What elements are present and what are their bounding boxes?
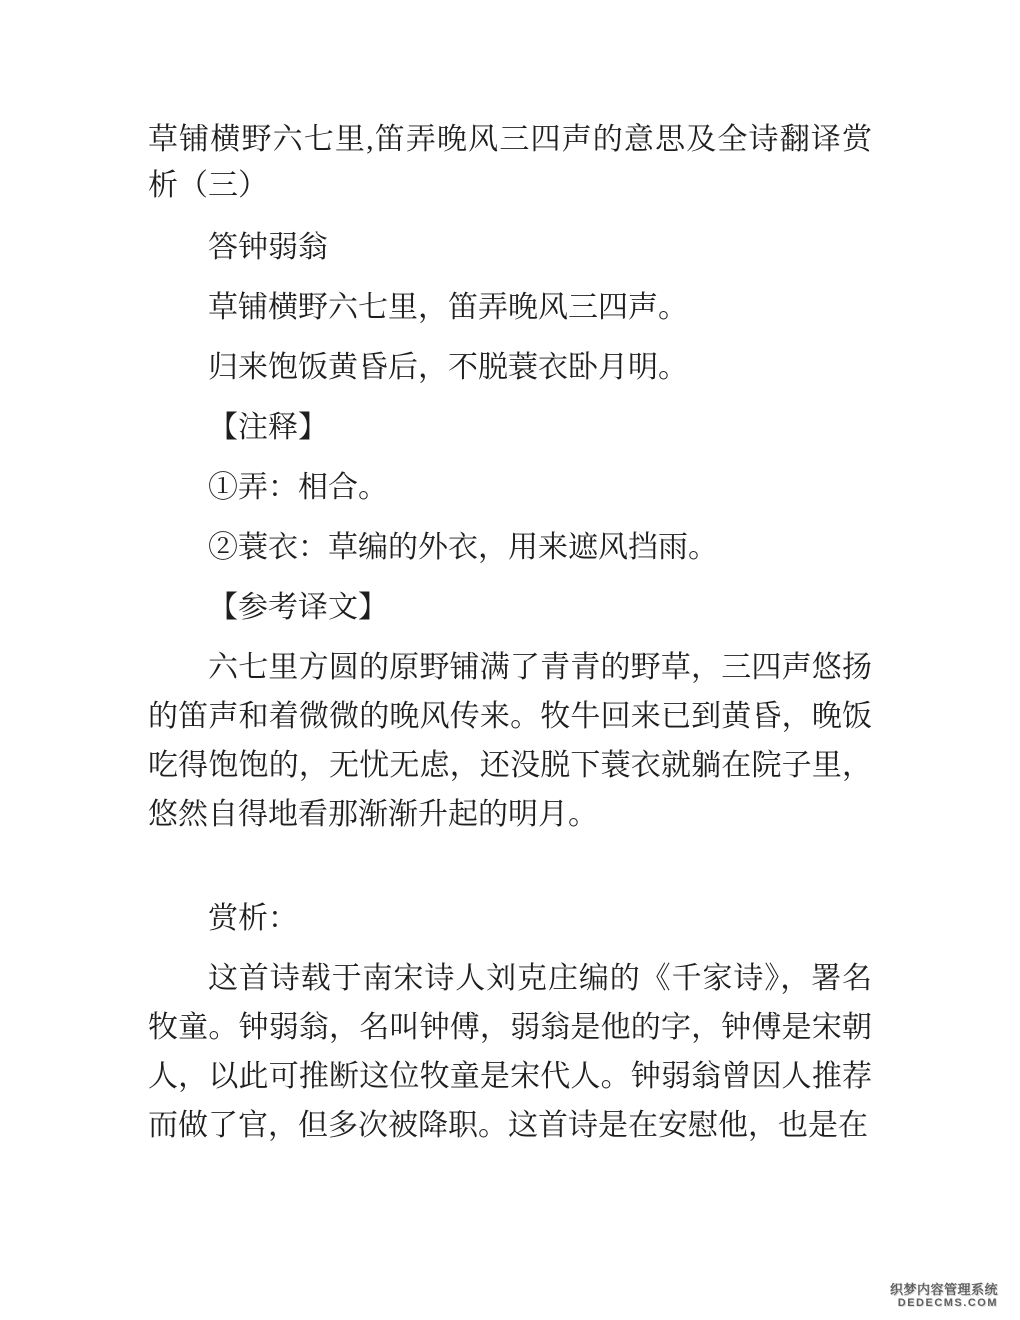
poem-line-2: 归来饱饭黄昏后，不脱蓑衣卧月明。 [148,343,872,392]
article-body: 草铺横野六七里,笛弄晚风三四声的意思及全诗翻译赏析（三） 答钟弱翁 草铺横野六七… [148,117,872,1161]
poem-heading: 答钟弱翁 [148,223,872,272]
note-item-1: ①弄：相合。 [148,463,872,512]
watermark-domain-text: DEDECMS.COM [890,1297,998,1310]
document-page: 草铺横野六七里,笛弄晚风三四声的意思及全诗翻译赏析（三） 答钟弱翁 草铺横野六七… [0,0,1020,1320]
translation-section-label: 【参考译文】 [148,583,872,632]
analysis-paragraph: 这首诗载于南宋诗人刘克庄编的《千家诗》，署名牧童。钟弱翁，名叫钟傅，弱翁是他的字… [148,954,872,1150]
note-item-2: ②蓑衣：草编的外衣，用来遮风挡雨。 [148,523,872,572]
watermark-chinese-text: 织梦内容管理系统 [890,1282,998,1297]
cms-watermark: 织梦内容管理系统 DEDECMS.COM [890,1282,998,1310]
notes-section-label: 【注释】 [148,403,872,452]
article-title: 草铺横野六七里,笛弄晚风三四声的意思及全诗翻译赏析（三） [148,117,872,209]
translation-paragraph: 六七里方圆的原野铺满了青青的野草，三四声悠扬的笛声和着微微的晚风传来。牧牛回来已… [148,643,872,839]
analysis-section-label: 赏析： [148,894,872,943]
poem-line-1: 草铺横野六七里，笛弄晚风三四声。 [148,283,872,332]
